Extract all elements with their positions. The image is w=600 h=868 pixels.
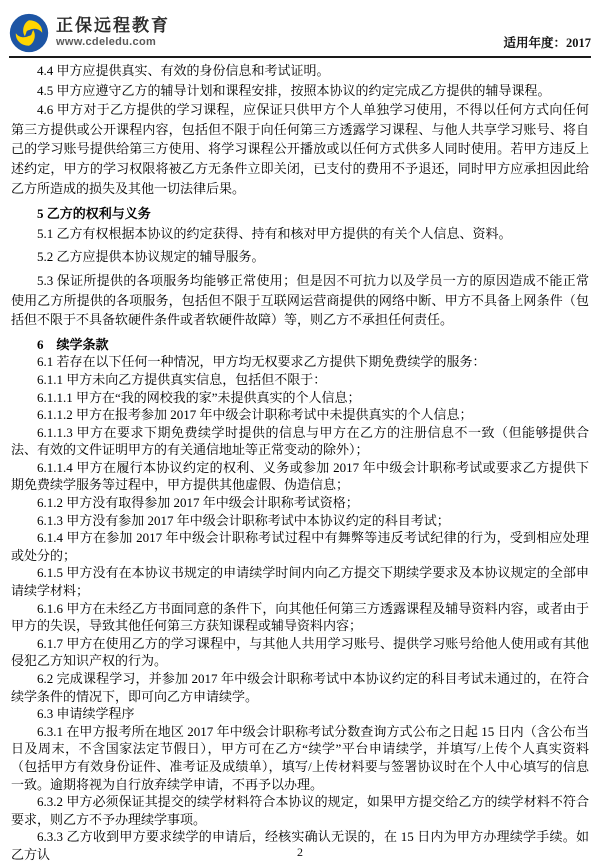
clause-6-2: 6.2 完成课程学习，并参加 2017 年中级会计职称考试中本协议约定的科目考试… bbox=[11, 670, 589, 705]
clause-4-6: 4.6 甲方对于乙方提供的学习课程，应保证只供甲方个人单独学习使用，不得以任何方… bbox=[11, 100, 589, 198]
clause-6-1-1: 6.1.1 甲方未向乙方提供真实信息，包括但不限于： bbox=[11, 371, 589, 389]
clause-6-3-2: 6.3.2 甲方必须保证其提交的续学材料符合本协议的规定，如果甲方提交给乙方的续… bbox=[11, 793, 589, 828]
clause-5-3: 5.3 保证所提供的各项服务均能够正常使用；但是因不可抗力以及学员一方的原因造成… bbox=[11, 271, 589, 330]
heading-6: 6 续学条款 bbox=[11, 336, 589, 354]
heading-5: 5 乙方的权利与义务 bbox=[11, 204, 589, 224]
page-number: 2 bbox=[0, 845, 600, 860]
clause-6-1-7: 6.1.7 甲方在使用乙方的学习课程中，与其他人共用学习账号、提供学习账号给他人… bbox=[11, 635, 589, 670]
page-header: 正保远程教育 www.cdeledu.com 适用年度：2017 bbox=[9, 0, 591, 58]
clause-5-1: 5.1 乙方有权根据本协议的约定获得、持有和核对甲方提供的有关个人信息、资料。 bbox=[11, 224, 589, 244]
clause-5-2: 5.2 乙方应提供本协议规定的辅导服务。 bbox=[11, 247, 589, 267]
clause-6-1-1-2: 6.1.1.2 甲方在报考参加 2017 年中级会计职称考试中未提供真实的个人信… bbox=[11, 406, 589, 424]
clause-6-3: 6.3 申请续学程序 bbox=[11, 705, 589, 723]
clause-4-5: 4.5 甲方应遵守乙方的辅导计划和课程安排，按照本协议的约定完成乙方提供的辅导课… bbox=[11, 81, 589, 101]
applicable-year-label: 适用年度：2017 bbox=[503, 33, 591, 53]
clause-6-1-3: 6.1.3 甲方没有参加 2017 年中级会计职称考试中本协议约定的科目考试； bbox=[11, 512, 589, 530]
brand-name: 正保远程教育 bbox=[56, 17, 170, 35]
clause-6-1: 6.1 若存在以下任何一种情况，甲方均无权要求乙方提供下期免费续学的服务： bbox=[11, 353, 589, 371]
clause-6-1-1-3: 6.1.1.3 甲方在要求下期免费续学时提供的信息与甲方在乙方的注册信息不一致（… bbox=[11, 424, 589, 459]
document-page: 正保远程教育 www.cdeledu.com 适用年度：2017 4.4 甲方应… bbox=[0, 0, 600, 868]
clause-6-1-1-4: 6.1.1.4 甲方在履行本协议约定的权利、义务或参加 2017 年中级会计职称… bbox=[11, 459, 589, 494]
document-body: 4.4 甲方应提供真实、有效的身份信息和考试证明。 4.5 甲方应遵守乙方的辅导… bbox=[0, 58, 600, 864]
clause-6-3-1: 6.3.1 在甲方报考所在地区 2017 年中级会计职称考试分数查询方式公布之日… bbox=[11, 723, 589, 793]
clause-4-4: 4.4 甲方应提供真实、有效的身份信息和考试证明。 bbox=[11, 61, 589, 81]
brand: 正保远程教育 www.cdeledu.com bbox=[9, 13, 170, 53]
clause-6-1-4: 6.1.4 甲方在参加 2017 年中级会计职称考试过程中有舞弊等违反考试纪律的… bbox=[11, 529, 589, 564]
clause-6-1-5: 6.1.5 甲方没有在本协议书规定的申请续学时间内向乙方提交下期续学要求及本协议… bbox=[11, 564, 589, 599]
brand-url: www.cdeledu.com bbox=[56, 37, 170, 49]
clause-6-1-1-1: 6.1.1.1 甲方在“我的网校我的家”未提供真实的个人信息； bbox=[11, 389, 589, 407]
clause-6-1-2: 6.1.2 甲方没有取得参加 2017 年中级会计职称考试资格； bbox=[11, 494, 589, 512]
brand-logo-icon bbox=[9, 13, 49, 53]
clause-6-1-6: 6.1.6 甲方在未经乙方书面同意的条件下，向其他任何第三方透露课程及辅导资料内… bbox=[11, 600, 589, 635]
